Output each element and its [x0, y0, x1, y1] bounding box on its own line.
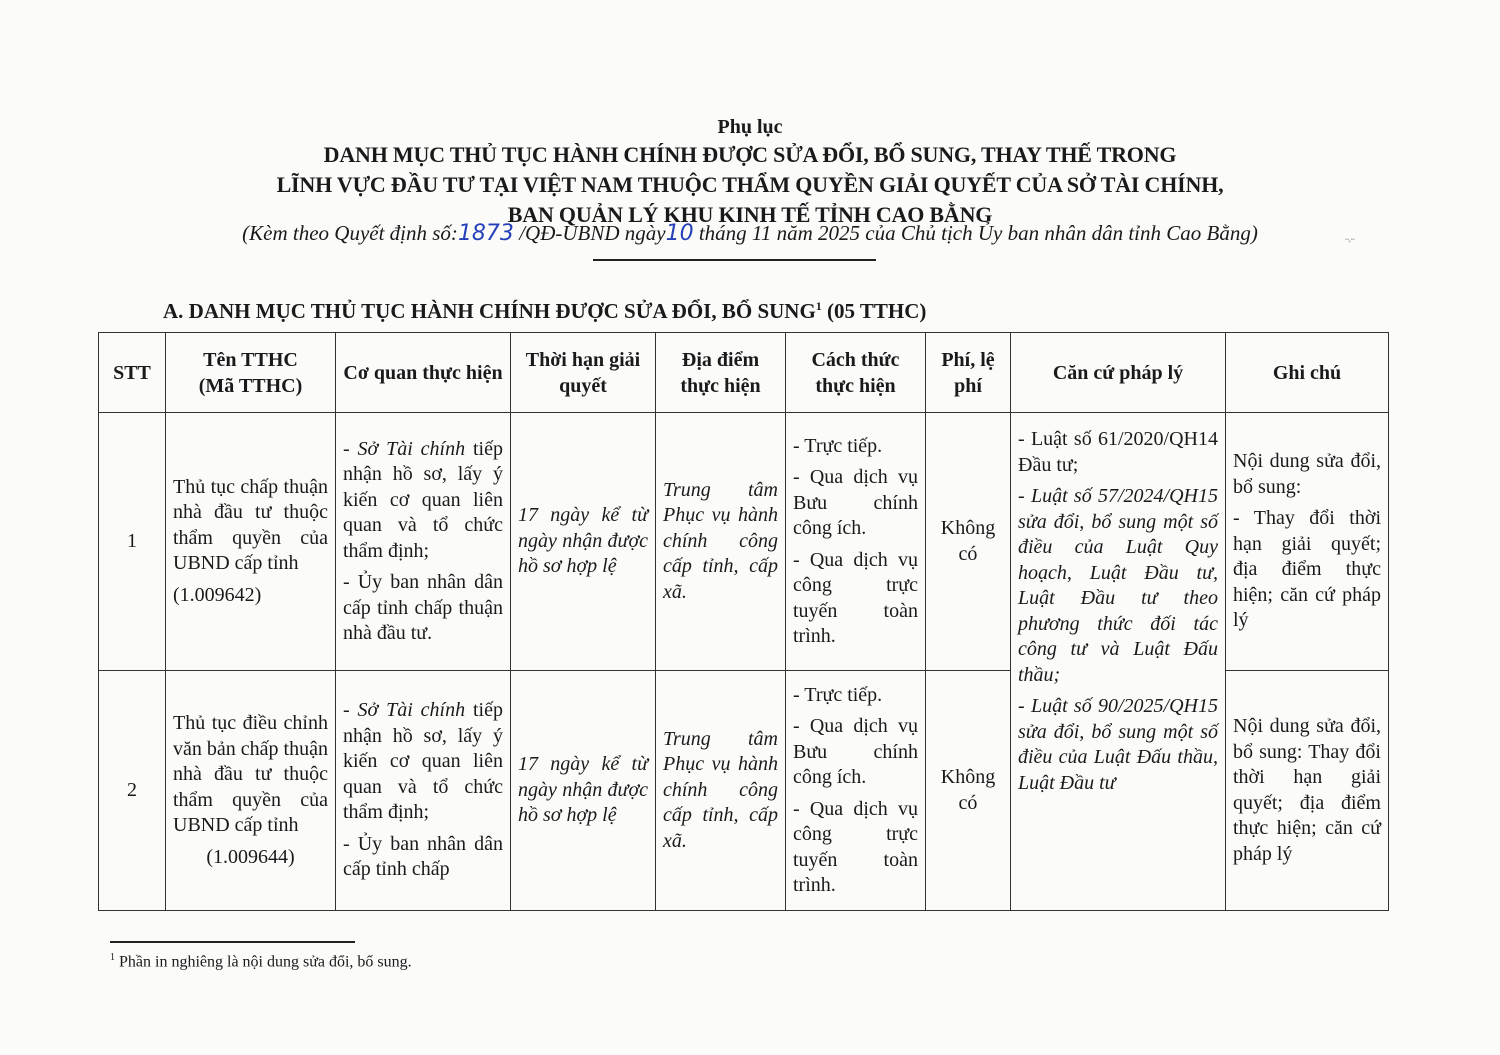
decision-number: 1873	[458, 221, 514, 246]
row1-stt: 1	[99, 413, 166, 671]
legal-basis-cell: - Luật số 61/2020/QH14 Đầu tư; - Luật số…	[1011, 413, 1226, 911]
row1-deadline-text: 17 ngày kể từ ngày nhận được hồ sơ hợp l…	[518, 503, 648, 580]
decision-reference: (Kèm theo Quyết định số:1873 /QĐ-UBND ng…	[0, 218, 1500, 249]
footnote-text: Phần in nghiêng là nội dung sửa đổi, bổ …	[115, 953, 412, 970]
legal-item-1: - Luật số 61/2020/QH14 Đầu tư;	[1018, 427, 1218, 478]
appendix-label: Phụ lục	[0, 114, 1500, 140]
row1-note-1: Nội dung sửa đổi, bổ sung:	[1233, 449, 1381, 500]
row1-deadline: 17 ngày kể từ ngày nhận được hồ sơ hợp l…	[511, 413, 656, 671]
row2-agency-2: - Ủy ban nhân dân cấp tỉnh chấp	[343, 832, 503, 883]
header-legal: Căn cứ pháp lý	[1011, 333, 1226, 413]
row2-deadline: 17 ngày kể từ ngày nhận được hồ sơ hợp l…	[511, 671, 656, 911]
row2-method-1: - Trực tiếp.	[793, 683, 918, 709]
row2-stt: 2	[99, 671, 166, 911]
row1-agency-2: - Ủy ban nhân dân cấp tỉnh chấp thuận nh…	[343, 570, 503, 647]
section-a-title: A. DANH MỤC THỦ TỤC HÀNH CHÍNH ĐƯỢC SỬA …	[163, 299, 926, 324]
row2-location: Trung tâm Phục vụ hành chính công cấp tỉ…	[656, 671, 786, 911]
row1-location: Trung tâm Phục vụ hành chính công cấp tỉ…	[656, 413, 786, 671]
procedures-table: STT Tên TTHC(Mã TTHC) Cơ quan thực hiện …	[98, 332, 1389, 911]
row2-fee: Không có	[926, 671, 1011, 911]
header-location: Địa điểm thực hiện	[656, 333, 786, 413]
header-name-l2: (Mã TTHC)	[173, 373, 328, 399]
header-deadline: Thời hạn giải quyết	[511, 333, 656, 413]
section-count: (05 TTHC)	[822, 299, 927, 323]
table-header-row: STT Tên TTHC(Mã TTHC) Cơ quan thực hiện …	[99, 333, 1389, 413]
table-row: 1 Thủ tục chấp thuận nhà đầu tư thuộc th…	[99, 413, 1389, 671]
section-title-text: A. DANH MỤC THỦ TỤC HÀNH CHÍNH ĐƯỢC SỬA …	[163, 299, 816, 323]
row1-note-2: - Thay đổi thời hạn giải quyết; địa điểm…	[1233, 506, 1381, 634]
row1-code: (1.009642)	[173, 583, 328, 609]
title-underline	[593, 259, 876, 261]
header-fee: Phí, lệ phí	[926, 333, 1011, 413]
row2-agency: - Sở Tài chính tiếp nhận hồ sơ, lấy ý ki…	[336, 671, 511, 911]
row2-name: Thủ tục điều chỉnh văn bản chấp thuận nh…	[166, 671, 336, 911]
header-name: Tên TTHC(Mã TTHC)	[166, 333, 336, 413]
row1-method: - Trực tiếp.- Qua dịch vụ Bưu chính công…	[786, 413, 926, 671]
row1-note: Nội dung sửa đổi, bổ sung:- Thay đổi thờ…	[1226, 413, 1389, 671]
initial-signature: ~ᵥ~	[1345, 236, 1355, 244]
legal-item-3: - Luật số 90/2025/QH15 sửa đổi, bổ sung …	[1018, 694, 1218, 796]
header-note: Ghi chú	[1226, 333, 1389, 413]
header-stt: STT	[99, 333, 166, 413]
row2-location-text: Trung tâm Phục vụ hành chính công cấp tỉ…	[663, 727, 778, 855]
row1-method-1: - Trực tiếp.	[793, 434, 918, 460]
row1-name-text: Thủ tục chấp thuận nhà đầu tư thuộc thẩm…	[173, 475, 328, 577]
row2-method: - Trực tiếp.- Qua dịch vụ Bưu chính công…	[786, 671, 926, 911]
row2-name-text: Thủ tục điều chỉnh văn bản chấp thuận nh…	[173, 711, 328, 839]
row1-location-text: Trung tâm Phục vụ hành chính công cấp tỉ…	[663, 478, 778, 606]
footnote: 1 Phần in nghiêng là nội dung sửa đổi, b…	[110, 952, 412, 971]
row2-note-text: Nội dung sửa đổi, bổ sung: Thay đổi thời…	[1233, 714, 1381, 867]
row2-deadline-text: 17 ngày kể từ ngày nhận được hồ sơ hợp l…	[518, 752, 648, 829]
row1-method-2: - Qua dịch vụ Bưu chính công ích.	[793, 465, 918, 542]
row1-agency: - Sở Tài chính tiếp nhận hồ sơ, lấy ý ki…	[336, 413, 511, 671]
header-name-l1: Tên TTHC	[173, 347, 328, 373]
subtitle-suffix: tháng 11 năm 2025 của Chủ tịch Ủy ban nh…	[694, 221, 1258, 245]
row1-name: Thủ tục chấp thuận nhà đầu tư thuộc thẩm…	[166, 413, 336, 671]
footnote-divider	[110, 941, 355, 943]
row2-method-3: - Qua dịch vụ công trực tuyến toàn trình…	[793, 797, 918, 899]
title-line-2: LĨNH VỰC ĐẦU TƯ TẠI VIỆT NAM THUỘC THẨM …	[0, 170, 1500, 200]
row1-method-3: - Qua dịch vụ công trực tuyến toàn trình…	[793, 548, 918, 650]
row2-method-2: - Qua dịch vụ Bưu chính công ích.	[793, 714, 918, 791]
row2-code: (1.009644)	[173, 845, 328, 871]
subtitle-mid: /QĐ-UBND ngày	[514, 221, 666, 245]
title-line-1: DANH MỤC THỦ TỤC HÀNH CHÍNH ĐƯỢC SỬA ĐỔI…	[0, 140, 1500, 170]
legal-item-2: - Luật số 57/2024/QH15 sửa đổi, bổ sung …	[1018, 484, 1218, 688]
row1-agency-1: - Sở Tài chính	[343, 438, 465, 460]
document-title-block: Phụ lục DANH MỤC THỦ TỤC HÀNH CHÍNH ĐƯỢC…	[0, 114, 1500, 230]
header-method: Cách thức thực hiện	[786, 333, 926, 413]
header-agency: Cơ quan thực hiện	[336, 333, 511, 413]
row1-fee: Không có	[926, 413, 1011, 671]
subtitle-prefix: (Kèm theo Quyết định số:	[242, 221, 458, 245]
decision-day: 10	[666, 221, 694, 246]
row2-note: Nội dung sửa đổi, bổ sung: Thay đổi thời…	[1226, 671, 1389, 911]
row2-agency-1: - Sở Tài chính	[343, 699, 465, 721]
